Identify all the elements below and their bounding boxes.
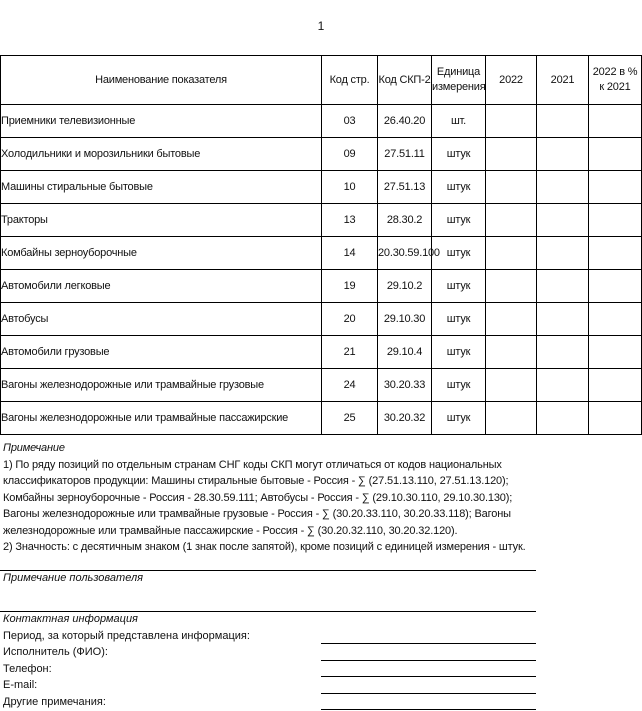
page-number: 1 [300, 19, 342, 33]
note-2: 2) Значность: с десятичным знаком (1 зна… [3, 539, 539, 556]
row-code: 13 [322, 204, 378, 237]
value-2022-cell[interactable] [486, 303, 537, 336]
ratio-cell[interactable] [589, 270, 642, 303]
contact-field-label: Другие примечания: [3, 696, 106, 708]
value-2021-cell[interactable] [537, 171, 589, 204]
notes-title: Примечание [3, 440, 539, 457]
skp-code: 29.10.2 [378, 270, 432, 303]
value-2021-cell[interactable] [537, 303, 589, 336]
skp-code: 29.10.4 [378, 336, 432, 369]
value-2022-cell[interactable] [486, 138, 537, 171]
header-year-2021: 2021 [537, 56, 589, 105]
contact-field-label: E-mail: [3, 679, 37, 691]
table-row: Вагоны железнодорожные или трамвайные па… [1, 402, 642, 435]
unit: штук [432, 270, 486, 303]
skp-code: 26.40.20 [378, 105, 432, 138]
unit: штук [432, 138, 486, 171]
table-row: Холодильники и морозильники бытовые0927.… [1, 138, 642, 171]
row-name: Холодильники и морозильники бытовые [1, 138, 322, 171]
skp-code: 27.51.11 [378, 138, 432, 171]
contact-field-label: Период, за который представлена информац… [3, 630, 250, 642]
table-row: Тракторы1328.30.2штук [1, 204, 642, 237]
contact-field-label: Исполнитель (ФИО): [3, 646, 108, 658]
value-2022-cell[interactable] [486, 237, 537, 270]
contact-field-underline [321, 676, 536, 677]
contact-field-input[interactable] [321, 694, 536, 709]
value-2022-cell[interactable] [486, 105, 537, 138]
user-note-title: Примечание пользователя [3, 572, 143, 584]
ratio-cell[interactable] [589, 336, 642, 369]
value-2021-cell[interactable] [537, 270, 589, 303]
row-code: 10 [322, 171, 378, 204]
unit: шт. [432, 105, 486, 138]
ratio-cell[interactable] [589, 204, 642, 237]
header-unit: Единица измерения [432, 56, 486, 105]
value-2021-cell[interactable] [537, 138, 589, 171]
row-name: Автомобили грузовые [1, 336, 322, 369]
divider [0, 570, 536, 571]
row-code: 21 [322, 336, 378, 369]
ratio-cell[interactable] [589, 171, 642, 204]
header-skp-code: Код СКП-2 [378, 56, 432, 105]
skp-code: 30.20.32 [378, 402, 432, 435]
header-ratio: 2022 в % к 2021 [589, 56, 642, 105]
table-row: Приемники телевизионные0326.40.20шт. [1, 105, 642, 138]
skp-code: 29.10.30 [378, 303, 432, 336]
value-2021-cell[interactable] [537, 204, 589, 237]
contact-field-input[interactable] [321, 628, 536, 643]
value-2022-cell[interactable] [486, 336, 537, 369]
row-name: Тракторы [1, 204, 322, 237]
unit: штук [432, 336, 486, 369]
skp-code: 20.30.59.100 [378, 237, 432, 270]
header-name: Наименование показателя [1, 56, 322, 105]
value-2022-cell[interactable] [486, 402, 537, 435]
table-row: Автобусы2029.10.30штук [1, 303, 642, 336]
unit: штук [432, 171, 486, 204]
production-table: Наименование показателя Код стр. Код СКП… [0, 55, 642, 435]
row-name: Автобусы [1, 303, 322, 336]
contact-field-underline [321, 709, 536, 710]
ratio-cell[interactable] [589, 303, 642, 336]
table-row: Вагоны железнодорожные или трамвайные гр… [1, 369, 642, 402]
skp-code: 30.20.33 [378, 369, 432, 402]
table-header-row: Наименование показателя Код стр. Код СКП… [1, 56, 642, 105]
row-name: Комбайны зерноуборочные [1, 237, 322, 270]
table-row: Комбайны зерноуборочные1420.30.59.100шту… [1, 237, 642, 270]
table-row: Автомобили легковые1929.10.2штук [1, 270, 642, 303]
value-2022-cell[interactable] [486, 171, 537, 204]
row-code: 14 [322, 237, 378, 270]
value-2022-cell[interactable] [486, 204, 537, 237]
unit: штук [432, 204, 486, 237]
skp-code: 27.51.13 [378, 171, 432, 204]
value-2022-cell[interactable] [486, 270, 537, 303]
header-row-code: Код стр. [322, 56, 378, 105]
header-year-2022: 2022 [486, 56, 537, 105]
contact-field-label: Телефон: [3, 663, 52, 675]
row-name: Автомобили легковые [1, 270, 322, 303]
value-2021-cell[interactable] [537, 336, 589, 369]
table-row: Автомобили грузовые2129.10.4штук [1, 336, 642, 369]
row-name: Машины стиральные бытовые [1, 171, 322, 204]
row-name: Приемники телевизионные [1, 105, 322, 138]
ratio-cell[interactable] [589, 369, 642, 402]
row-name: Вагоны железнодорожные или трамвайные гр… [1, 369, 322, 402]
divider [0, 611, 536, 612]
contact-title: Контактная информация [3, 613, 138, 625]
row-code: 24 [322, 369, 378, 402]
skp-code: 28.30.2 [378, 204, 432, 237]
contact-field-input[interactable] [321, 645, 536, 660]
value-2021-cell[interactable] [537, 105, 589, 138]
value-2021-cell[interactable] [537, 402, 589, 435]
contact-field-input[interactable] [321, 678, 536, 693]
ratio-cell[interactable] [589, 105, 642, 138]
user-note-field[interactable] [0, 587, 536, 609]
ratio-cell[interactable] [589, 402, 642, 435]
unit: штук [432, 369, 486, 402]
row-code: 03 [322, 105, 378, 138]
table-row: Машины стиральные бытовые1027.51.13штук [1, 171, 642, 204]
value-2021-cell[interactable] [537, 237, 589, 270]
unit: штук [432, 402, 486, 435]
row-code: 25 [322, 402, 378, 435]
note-1: 1) По ряду позиций по отдельным странам … [3, 457, 539, 540]
ratio-cell[interactable] [589, 138, 642, 171]
row-code: 20 [322, 303, 378, 336]
notes-section: Примечание 1) По ряду позиций по отдельн… [3, 440, 539, 556]
unit: штук [432, 303, 486, 336]
ratio-cell[interactable] [589, 237, 642, 270]
value-2022-cell[interactable] [486, 369, 537, 402]
value-2021-cell[interactable] [537, 369, 589, 402]
row-name: Вагоны железнодорожные или трамвайные па… [1, 402, 322, 435]
row-code: 19 [322, 270, 378, 303]
contact-field-input[interactable] [321, 661, 536, 676]
contact-field-underline [321, 643, 536, 644]
row-code: 09 [322, 138, 378, 171]
